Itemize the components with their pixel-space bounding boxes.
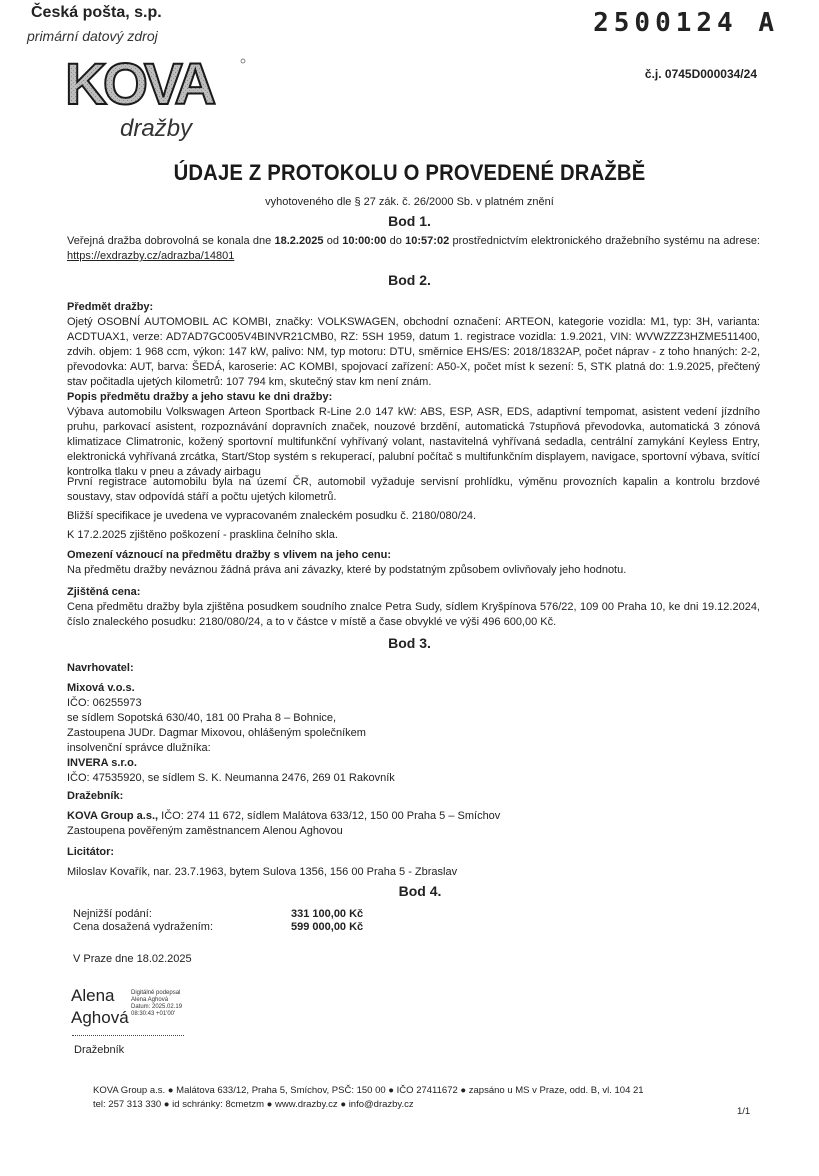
place-date: V Praze dne 18.02.2025 <box>73 953 192 965</box>
footer-line-2: tel: 257 313 330 ● id schránky: 8cmetzm … <box>93 1098 644 1112</box>
subject-text: Ojetý OSOBNÍ AUTOMOBIL AC KOMBI, značky:… <box>67 315 760 390</box>
page-number: 1/1 <box>737 1106 750 1117</box>
footer-line-1: KOVA Group a.s. ● Malátova 633/12, Praha… <box>93 1084 644 1098</box>
auction-date: 18.2.2025 <box>275 235 324 247</box>
proposer-label: Navrhovatel: <box>67 661 760 676</box>
svg-text:KOVA: KOVA <box>65 56 215 116</box>
auction-time-from: 10:00:00 <box>342 235 386 247</box>
debtor-name: INVERA s.r.o. <box>67 756 760 771</box>
signature-line <box>72 1035 184 1036</box>
digital-signature-line: Digitálně podepsal <box>131 990 182 997</box>
auction-url-link[interactable]: https://exdrazby.cz/adrazba/14801 <box>67 250 234 262</box>
bod1-text-c: do <box>386 235 405 247</box>
post-name: Česká pošta, s.p. <box>31 4 162 22</box>
section-heading-bod3: Bod 3. <box>0 635 819 651</box>
damage-text: K 17.2.2025 zjištěno poškození - praskli… <box>67 528 760 543</box>
registration-text: První registrace automobilu byla na územ… <box>67 475 760 505</box>
section-heading-bod1: Bod 1. <box>0 213 819 229</box>
auctioneer-name: KOVA Group a.s., <box>67 810 158 822</box>
auctioneer-section: Dražebník: KOVA Group a.s., IČO: 274 11 … <box>67 789 760 839</box>
proposer-ico: IČO: 06255973 <box>67 696 760 711</box>
proposer-name: Mixová v.o.s. <box>67 681 760 696</box>
licitator-section: Licitátor: Miloslav Kovařík, nar. 23.7.1… <box>67 845 760 880</box>
subject-label: Předmět dražby: <box>67 300 760 315</box>
price-row: Nejnižší podání: 331 100,00 Kč <box>73 908 363 921</box>
document-title: ÚDAJE Z PROTOKOLU O PROVEDENÉ DRAŽBĚ <box>33 160 786 186</box>
description-label: Popis předmětu dražby a jeho stavu ke dn… <box>67 390 760 405</box>
debtor-info: IČO: 47535920, se sídlem S. K. Neumanna … <box>67 771 760 786</box>
proposer-section: Navrhovatel: Mixová v.o.s. IČO: 06255973… <box>67 661 760 786</box>
digital-signature-info: Digitálně podepsal Alena Aghová Datum: 2… <box>131 990 182 1018</box>
post-subtitle: primární datový zdroj <box>27 28 158 44</box>
price-row-label: Cena dosažená vydražením: <box>73 921 291 934</box>
digital-signature-line: Datum: 2025.02.19 <box>131 1004 182 1011</box>
digital-signature-line: Alena Aghová <box>131 997 182 1004</box>
proposer-representative: Zastoupena JUDr. Dagmar Mixovou, ohlášen… <box>67 726 760 741</box>
bod1-text-d: prostřednictvím elektronického dražebníh… <box>449 235 760 247</box>
proposer-seat: se sídlem Sopotská 630/40, 181 00 Praha … <box>67 711 760 726</box>
auctioneer-representative: Zastoupena pověřeným zaměstnancem Alenou… <box>67 824 760 839</box>
document-stamp-number: 2500124 A <box>593 8 779 38</box>
price-row: Cena dosažená vydražením: 599 000,00 Kč <box>73 921 363 934</box>
logo-subtitle: dražby <box>120 115 192 143</box>
price-text: Cena předmětu dražby byla zjištěna posud… <box>67 600 760 630</box>
bod1-text: Veřejná dražba dobrovolná se konala dne … <box>67 234 760 264</box>
signature-block: Alena Aghová <box>71 985 129 1029</box>
subject-section: Předmět dražby: Ojetý OSOBNÍ AUTOMOBIL A… <box>67 300 760 390</box>
price-label: Zjištěná cena: <box>67 585 760 600</box>
restrictions-text: Na předmětu dražby neváznou žádná práva … <box>67 563 760 578</box>
auctioneer-info: IČO: 274 11 672, sídlem Malátova 633/12,… <box>158 810 500 822</box>
signature-last-name: Aghová <box>71 1007 129 1029</box>
footer: KOVA Group a.s. ● Malátova 633/12, Praha… <box>93 1084 644 1112</box>
price-section: Zjištěná cena: Cena předmětu dražby byla… <box>67 585 760 630</box>
bod1-text-b: od <box>323 235 342 247</box>
licitator-label: Licitátor: <box>67 845 760 860</box>
restrictions-section: Omezení váznoucí na předmětu dražby s vl… <box>67 548 760 578</box>
section-heading-bod2: Bod 2. <box>0 272 819 288</box>
auctioneer-label: Dražebník: <box>67 789 760 804</box>
price-row-value: 599 000,00 Kč <box>291 921 363 934</box>
price-row-value: 331 100,00 Kč <box>291 908 363 921</box>
price-row-label: Nejnižší podání: <box>73 908 291 921</box>
bod1-text-a: Veřejná dražba dobrovolná se konala dne <box>67 235 275 247</box>
signature-first-name: Alena <box>71 985 129 1007</box>
description-text: Výbava automobilu Volkswagen Arteon Spor… <box>67 405 760 480</box>
description-section: Popis předmětu dražby a jeho stavu ke dn… <box>67 390 760 480</box>
document-subtitle: vyhotoveného dle § 27 zák. č. 26/2000 Sb… <box>0 196 819 208</box>
digital-signature-line: 08:30:43 +01'00' <box>131 1011 182 1018</box>
signature-role: Dražebník <box>74 1044 124 1056</box>
reference-number: č.j. 0745D000034/24 <box>645 67 757 81</box>
licitator-text: Miloslav Kovařík, nar. 23.7.1963, bytem … <box>67 865 760 880</box>
restrictions-label: Omezení váznoucí na předmětu dražby s vl… <box>67 548 760 563</box>
kova-logo-icon: KOVA <box>63 56 253 116</box>
auction-time-to: 10:57:02 <box>405 235 449 247</box>
proposer-role: insolvenční správce dlužníka: <box>67 741 760 756</box>
price-summary: Nejnižší podání: 331 100,00 Kč Cena dosa… <box>73 908 363 934</box>
spec-text: Bližší specifikace je uvedena ve vypraco… <box>67 509 760 524</box>
section-heading-bod4: Bod 4. <box>0 883 819 899</box>
